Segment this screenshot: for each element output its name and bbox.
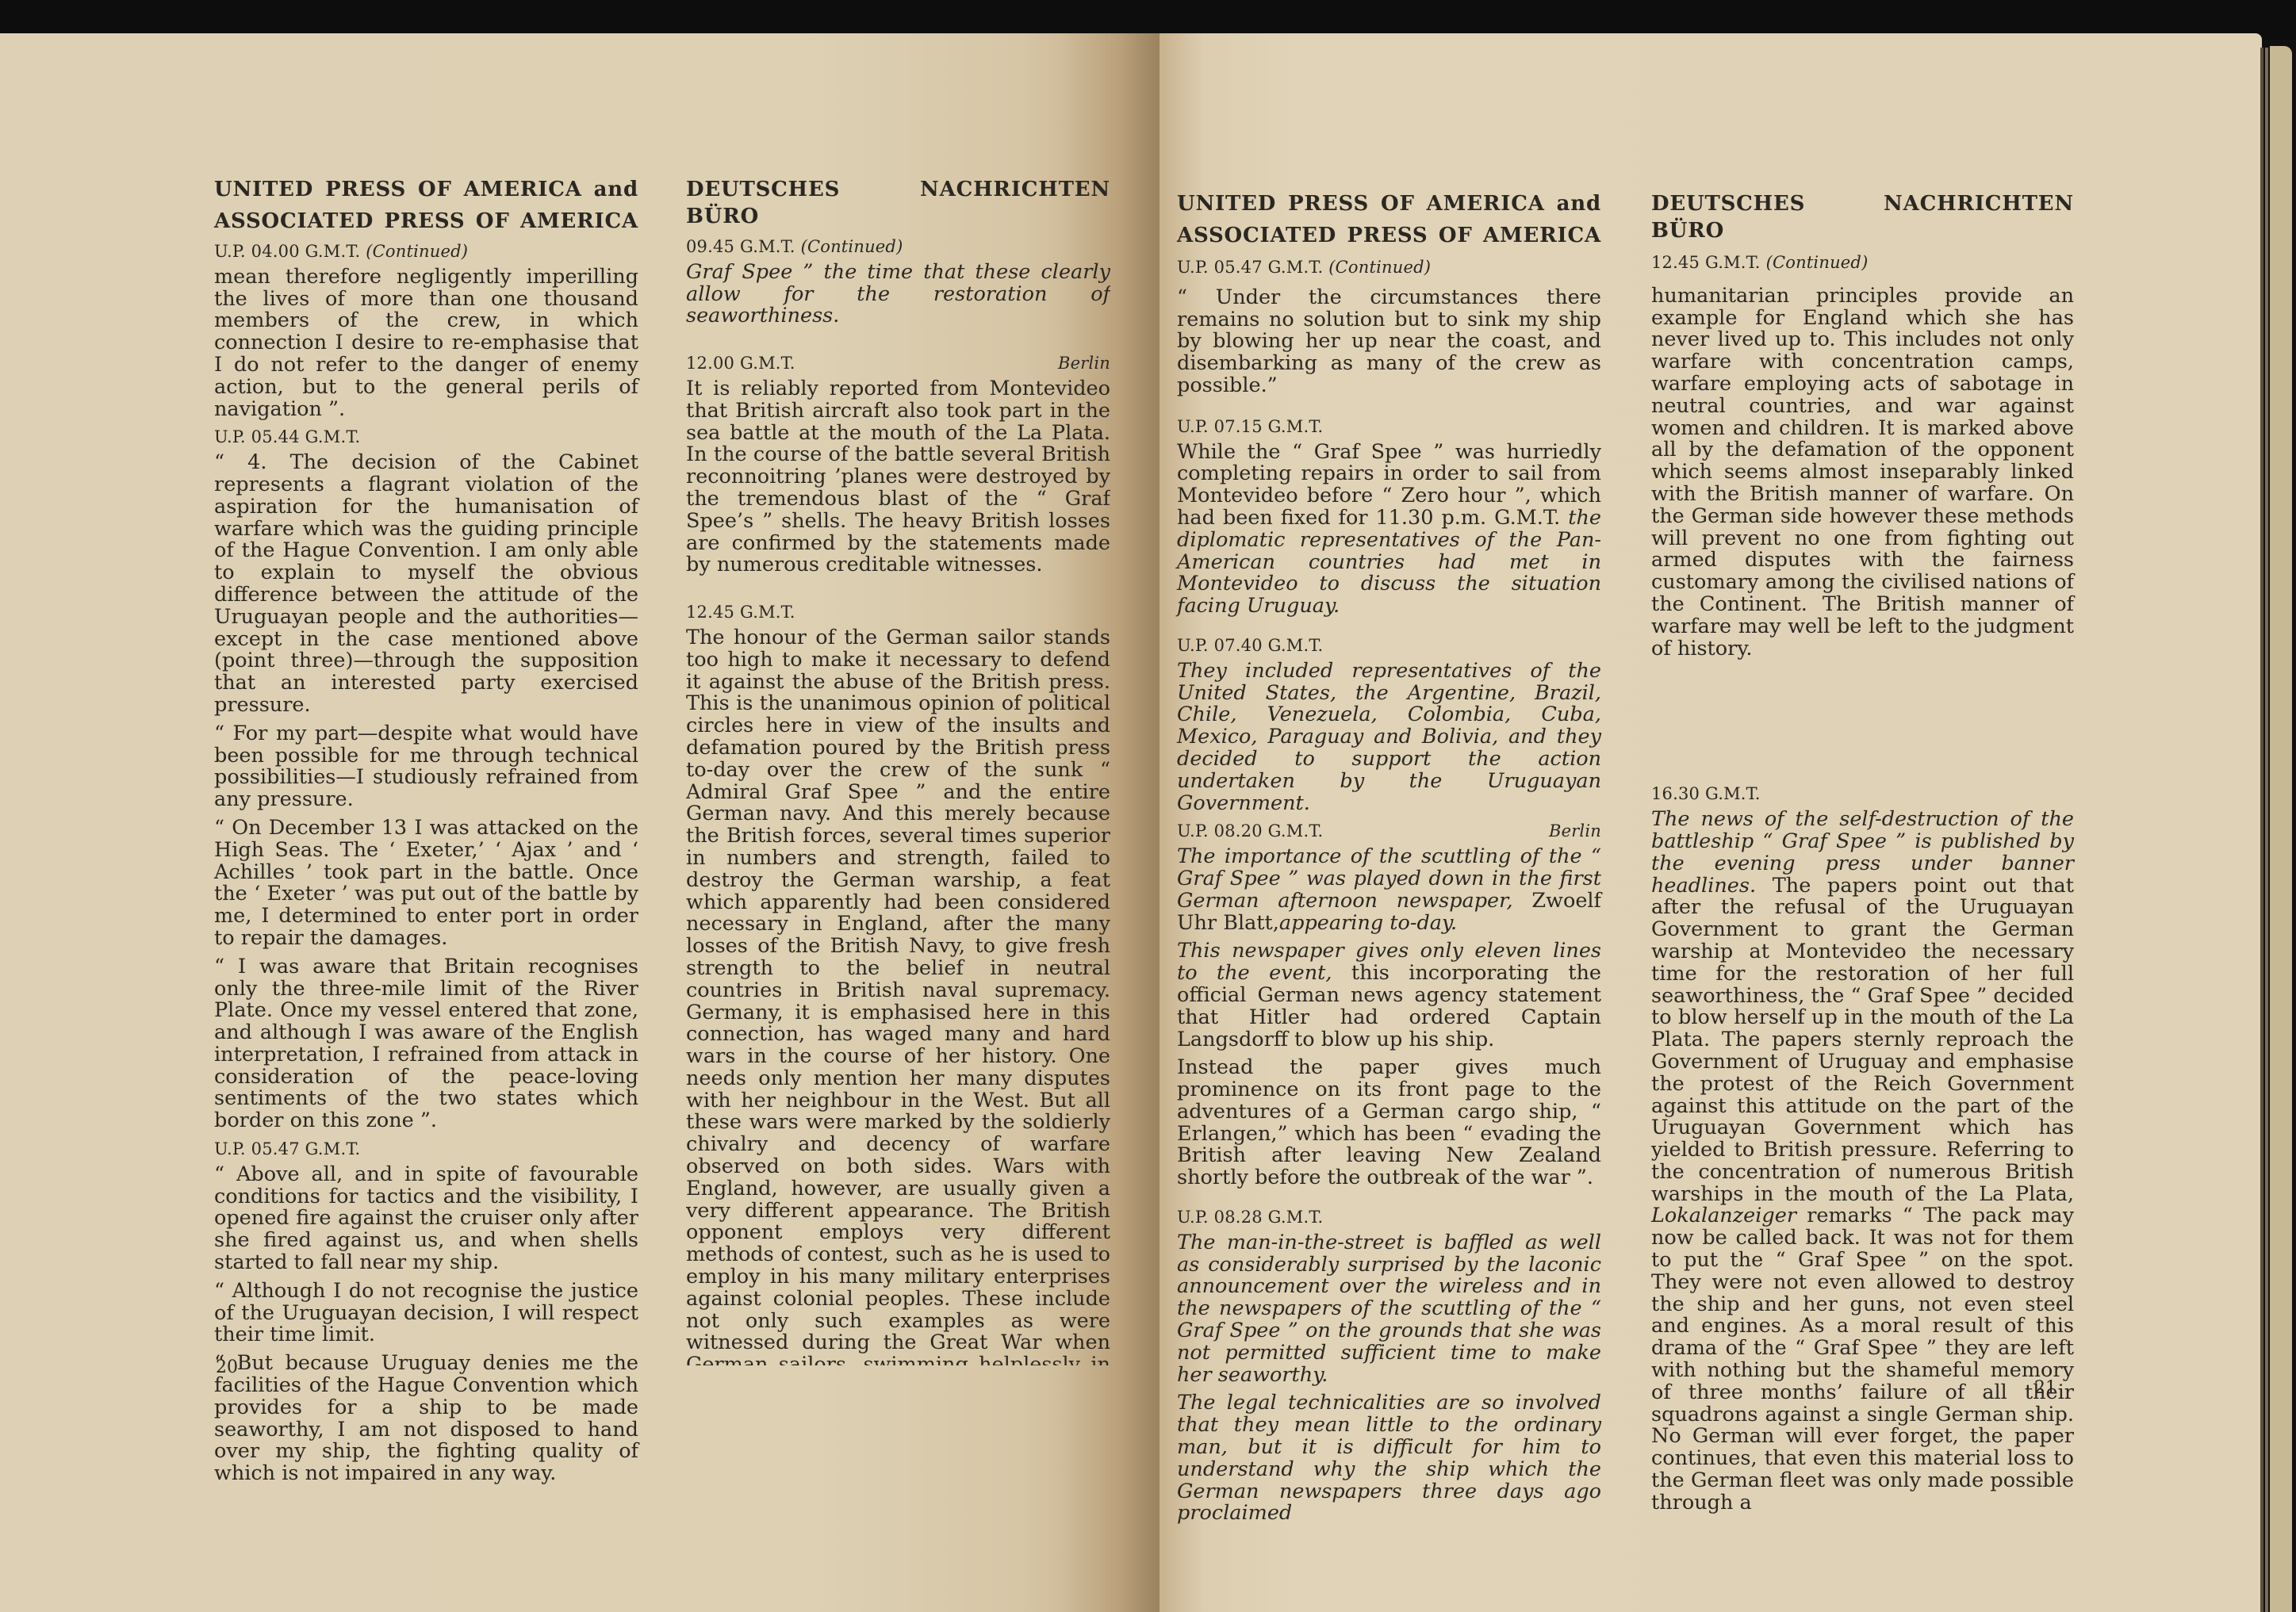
- column-heading: UNITED PRESS OF AMERICA and: [214, 176, 638, 203]
- dispatch-paragraph: “ On December 13 I was attacked on the H…: [214, 817, 638, 950]
- dispatch-paragraph: “ I was aware that Britain recognises on…: [214, 956, 638, 1132]
- dateline-place: Berlin: [1549, 821, 1601, 843]
- dispatch-paragraph: mean therefore negligently imperilling t…: [214, 266, 638, 421]
- dispatch-paragraph: “ 4. The decision of the Cabinet represe…: [214, 452, 638, 717]
- column-united-press-left: UNITED PRESS OF AMERICA and ASSOCIATED P…: [214, 176, 638, 1491]
- dispatch-timestamp: U.P. 05.44 G.M.T.: [214, 427, 638, 449]
- dispatch-timestamp: U.P. 07.15 G.M.T.: [1177, 416, 1601, 438]
- dispatch-paragraph: They included representatives of the Uni…: [1177, 660, 1601, 815]
- dispatch-timestamp: 09.45 G.M.T. (Continued): [686, 236, 1110, 258]
- dispatch-timestamp: 12.00 G.M.T.Berlin: [686, 353, 1110, 375]
- dateline-place: Berlin: [1058, 353, 1110, 375]
- dispatch-paragraph: humanitarian principles provide an examp…: [1651, 285, 2074, 660]
- dispatch-timestamp: U.P. 04.00 G.M.T. (Continued): [214, 241, 638, 263]
- dispatch-paragraph: The honour of the German sailor stands t…: [686, 627, 1110, 1365]
- back-cover-edge: [2270, 46, 2292, 1612]
- dispatch-paragraph: “ Although I do not recognise the justic…: [214, 1281, 638, 1346]
- dispatch-paragraph: This newspaper gives only eleven lines t…: [1177, 940, 1601, 1051]
- column-dnb-left: DEUTSCHES NACHRICHTEN BÜRO 09.45 G.M.T. …: [686, 176, 1110, 1365]
- page-edge: [2260, 48, 2263, 1612]
- dispatch-timestamp: U.P. 08.20 G.M.T.Berlin: [1177, 821, 1601, 843]
- dispatch-paragraph: The man-in-the-street is baffled as well…: [1177, 1232, 1601, 1387]
- dispatch-paragraph: Graf Spee ” the time that these clearly …: [686, 262, 1110, 327]
- column-heading: DEUTSCHES NACHRICHTEN BÜRO: [1651, 190, 2074, 244]
- column-heading: ASSOCIATED PRESS OF AMERICA: [1177, 222, 1601, 249]
- dispatch-paragraph: “ For my part—despite what would have be…: [214, 723, 638, 811]
- column-united-press-right: UNITED PRESS OF AMERICA and ASSOCIATED P…: [1177, 190, 1601, 1531]
- page-number: 21: [2034, 1378, 2056, 1398]
- dispatch-paragraph: “ But because Uruguay denies me the faci…: [214, 1353, 638, 1485]
- dispatch-timestamp: U.P. 08.28 G.M.T.: [1177, 1207, 1601, 1229]
- page-edge: [2265, 48, 2268, 1612]
- dispatch-paragraph: Instead the paper gives much prominence …: [1177, 1057, 1601, 1189]
- dispatch-paragraph: The importance of the scuttling of the “…: [1177, 846, 1601, 934]
- column-heading: UNITED PRESS OF AMERICA and: [1177, 190, 1601, 217]
- dispatch-paragraph: “ Above all, and in spite of favourable …: [214, 1164, 638, 1274]
- column-heading: DEUTSCHES NACHRICHTEN BÜRO: [686, 176, 1110, 230]
- dispatch-timestamp: 16.30 G.M.T.: [1651, 783, 2074, 806]
- column-dnb-right: DEUTSCHES NACHRICHTEN BÜRO 12.45 G.M.T. …: [1651, 190, 2074, 1521]
- dispatch-timestamp: U.P. 05.47 G.M.T. (Continued): [1177, 257, 1601, 279]
- column-clip: DEUTSCHES NACHRICHTEN BÜRO 09.45 G.M.T. …: [686, 176, 1110, 1365]
- dispatch-paragraph: The news of the self-destruction of the …: [1651, 809, 2074, 1514]
- dispatch-paragraph: The legal technicalities are so involved…: [1177, 1392, 1601, 1525]
- dispatch-paragraph: While the “ Graf Spee ” was hurriedly co…: [1177, 442, 1601, 618]
- dispatch-timestamp: 12.45 G.M.T.: [686, 602, 1110, 624]
- dispatch-timestamp: 12.45 G.M.T. (Continued): [1651, 252, 2074, 274]
- dispatch-timestamp: U.P. 07.40 G.M.T.: [1177, 635, 1601, 657]
- page-number: 20: [216, 1357, 238, 1377]
- dispatch-paragraph: It is reliably reported from Montevideo …: [686, 378, 1110, 576]
- column-heading: ASSOCIATED PRESS OF AMERICA: [214, 208, 638, 235]
- dispatch-paragraph: “ Under the circumstances there remains …: [1177, 287, 1601, 397]
- dispatch-timestamp: U.P. 05.47 G.M.T.: [214, 1139, 638, 1161]
